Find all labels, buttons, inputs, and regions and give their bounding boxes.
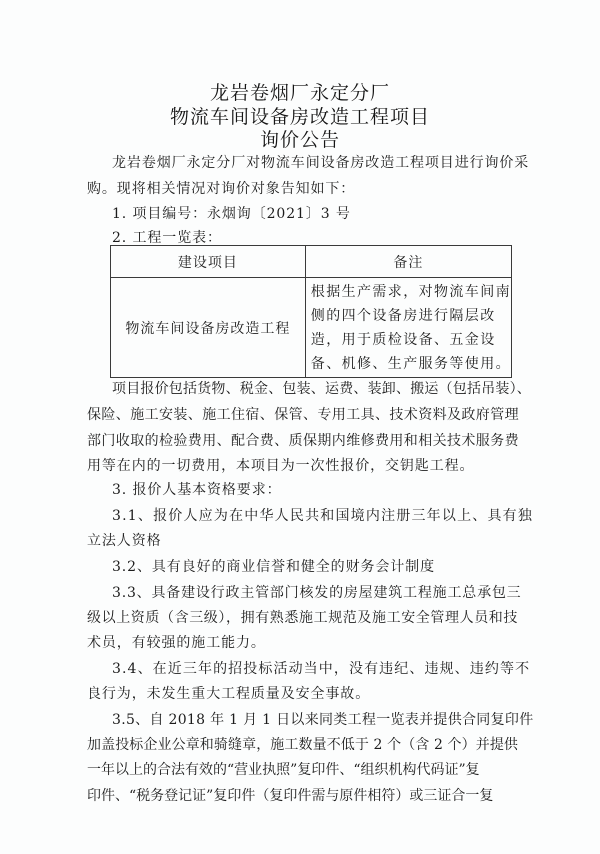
intro-line: 龙岩卷烟厂永定分厂对物流车间设备房改造工程项目进行询价采: [112, 153, 542, 173]
note-line: 造，用于质检设备、五金设: [306, 328, 511, 352]
note-line: 根据生产需求，对物流车间南: [306, 280, 511, 304]
project-number: 1. 项目编号：永烟询〔2021〕3 号: [112, 204, 542, 224]
requirement-3-3: 术员，有较强的施工能力。: [87, 633, 517, 653]
project-table: 建设项目 备注 物流车间设备房改造工程 根据生产需求，对物流车间南 侧的四个设备…: [110, 245, 512, 378]
note-line: 备、机修、生产服务等使用。: [306, 352, 511, 376]
requirement-3-1: 立法人资格: [87, 531, 517, 551]
requirement-3-4: 良行为，未发生重大工程质量及安全事故。: [87, 684, 517, 704]
pricing-line: 项目报价包括货物、税金、包装、运费、装卸、搬运（包括吊装）、: [112, 379, 542, 399]
requirement-3-3: 级以上资质（含三级），拥有熟悉施工规范及施工安全管理人员和技: [87, 608, 517, 628]
column-header-note: 备注: [305, 246, 511, 278]
cell-project: 物流车间设备房改造工程: [111, 278, 306, 378]
title-line-company: 龙岩卷烟厂永定分厂: [0, 82, 600, 105]
table-header-row: 建设项目 备注: [111, 246, 512, 278]
requirement-3-5: 一年以上的合法有效的“营业执照”复印件、“组织机构代码证”复: [87, 760, 517, 780]
pricing-line: 部门收取的检验费用、配合费、质保期内维修费用和相关技术服务费: [87, 431, 517, 451]
note-line: 侧的四个设备房进行隔层改: [306, 304, 511, 328]
requirement-3-5: 3.5、自 2018 年 1 月 1 日以来同类工程一览表并提供合同复印件: [112, 710, 542, 730]
requirement-3-5: 印件、“税务登记证”复印件（复印件需与原件相符）或三证合一复: [87, 786, 517, 806]
intro-line: 购。现将相关情况对询价对象告知如下：: [87, 179, 517, 199]
table-row: 物流车间设备房改造工程 根据生产需求，对物流车间南 侧的四个设备房进行隔层改 造…: [111, 278, 512, 378]
column-header-project: 建设项目: [111, 246, 306, 278]
requirement-3-2: 3.2、具有良好的商业信誉和健全的财务会计制度: [112, 557, 542, 577]
requirement-3-5: 加盖投标企业公章和骑缝章，施工数量不低于 2 个（含 2 个）并提供: [87, 735, 517, 755]
requirement-3-1: 3.1、报价人应为在中华人民共和国境内注册三年以上、具有独: [112, 506, 542, 526]
title-line-project: 物流车间设备房改造工程项目: [0, 106, 600, 129]
qualification-heading: 3. 报价人基本资格要求：: [112, 480, 542, 500]
document-page: 龙岩卷烟厂永定分厂 物流车间设备房改造工程项目 询价公告 龙岩卷烟厂永定分厂对物…: [0, 0, 600, 854]
pricing-line: 保险、施工安装、施工住宿、保管、专用工具、技术资料及政府管理: [87, 405, 517, 425]
requirement-3-4: 3.4、在近三年的招投标活动当中，没有违纪、违规、违约等不: [112, 659, 542, 679]
cell-note: 根据生产需求，对物流车间南 侧的四个设备房进行隔层改 造，用于质检设备、五金设 …: [305, 278, 511, 378]
requirement-3-3: 3.3、具备建设行政主管部门核发的房屋建筑工程施工总承包三: [112, 583, 542, 603]
pricing-line: 用等在内的一切费用，本项目为一次性报价，交钥匙工程。: [87, 456, 517, 476]
title-line-notice: 询价公告: [0, 129, 600, 152]
